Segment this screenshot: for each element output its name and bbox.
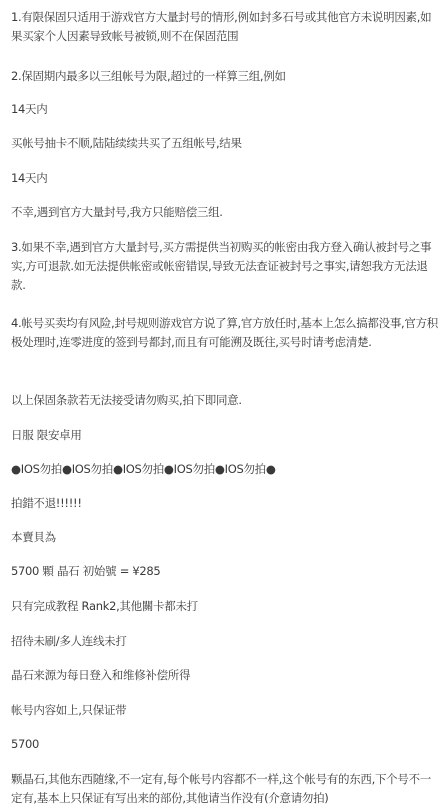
item-heading: 本賣貝為	[11, 528, 439, 547]
progress-info: 只有完成教程 Rank2,其他關卡都未打	[11, 597, 439, 616]
crystal-source: 晶石来源为每日登入和维修补偿所得	[11, 666, 439, 685]
summon-info: 招待未刷/多人连线未打	[11, 632, 439, 651]
example-period-2: 14天内	[11, 169, 439, 188]
price-line: 5700 顆 晶石 初始號 = ¥285	[11, 562, 439, 581]
guarantee-line: 帐号内容如上,只保证带	[11, 701, 439, 720]
no-refund-notice: 拍錯不退!!!!!!	[11, 494, 439, 513]
warranty-clause-3: 3.如果不幸,遇到官方大量封号,买方需提供当初购买的帐密由我方登入确认被封号之事…	[11, 238, 439, 295]
warranty-clause-2: 2.保固期内最多以三组帐号为限,超过的一样算三组,例如	[11, 67, 439, 86]
example-result: 不幸,遇到官方大量封号,我方只能赔偿三组.	[11, 203, 439, 222]
example-period-1: 14天内	[11, 100, 439, 119]
example-purchase: 买帐号抽卡不顺,陆陆续续共买了五组帐号,结果	[11, 134, 439, 153]
disclaimer: 颗晶石,其他东西随缘,不一定有,每个帐号内容都不一样,这个帐号有的东西,下个号不…	[11, 770, 439, 808]
warranty-clause-4: 4.帐号买卖均有风险,封号规则游戏官方说了算,官方放任时,基本上怎么搞都没事,官…	[11, 314, 439, 352]
ios-warning: ●IOS勿拍●IOS勿拍●IOS勿拍●IOS勿拍●IOS勿拍●	[11, 460, 439, 479]
server-info: 日服 限安卓用	[11, 426, 439, 445]
warranty-clause-1: 1.有限保固只适用于游戏官方大量封号的情形,例如封多石号或其他官方未说明因素,如…	[11, 8, 439, 46]
crystal-count: 5700	[11, 735, 439, 754]
agreement-notice: 以上保固条款若无法接受请勿购买,拍下即同意.	[11, 391, 439, 410]
